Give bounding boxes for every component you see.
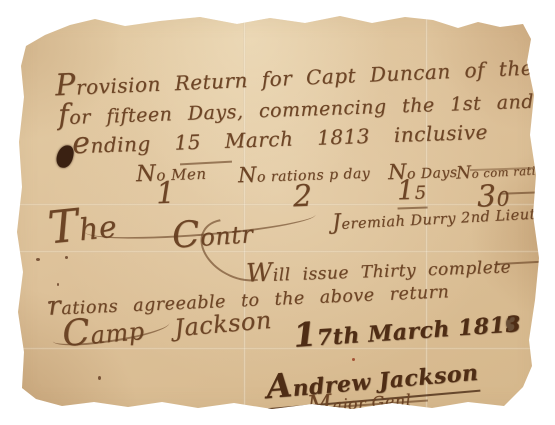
paper-speck: [36, 258, 40, 261]
photo-background: Provision Return for Capt Duncan of the …: [0, 0, 555, 425]
paper-speck: [16, 326, 19, 329]
paper-speck: [98, 376, 101, 380]
paper-speck: [57, 283, 59, 286]
paper-speck: [13, 308, 16, 312]
manuscript-paper: Provision Return for Capt Duncan of the …: [0, 0, 555, 425]
ink-stroke: [500, 191, 542, 194]
table-value-men: 1: [155, 176, 176, 212]
table-value-days: 15: [396, 174, 427, 209]
paper-speck: [65, 256, 68, 259]
